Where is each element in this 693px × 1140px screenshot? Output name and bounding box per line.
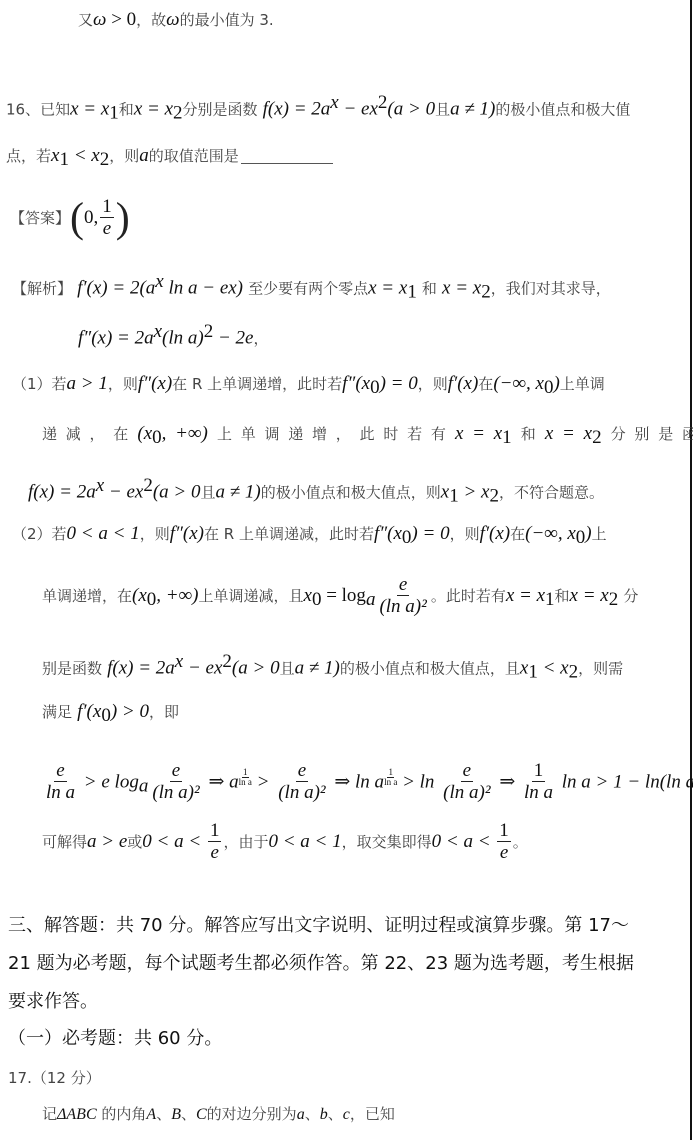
math: 0, bbox=[84, 207, 98, 228]
math-sup: x bbox=[155, 271, 163, 292]
text: 在 R 上单调递减，此时若 bbox=[204, 525, 374, 543]
text: 。 bbox=[513, 833, 528, 851]
math-function: f(x) = 2a bbox=[263, 98, 331, 119]
math: , +∞) bbox=[156, 585, 198, 606]
fraction: e(ln a)² bbox=[377, 575, 428, 618]
q16-conclusion: 可解得a > e或0 < a < 1e，由于0 < a < 1，取交集即得0 <… bbox=[42, 818, 528, 866]
math: 0 < a < 1 bbox=[67, 523, 140, 544]
fraction-denominator: e bbox=[101, 218, 113, 240]
math: ΔABC bbox=[57, 1106, 97, 1123]
text: 和 bbox=[521, 425, 536, 443]
math-sub: 2 bbox=[609, 589, 619, 610]
math: x bbox=[441, 481, 449, 502]
math: f″(x) bbox=[138, 373, 172, 394]
question-number: 16、 bbox=[6, 100, 40, 118]
math: f′(x) bbox=[480, 523, 511, 544]
text: 点，若 bbox=[6, 147, 51, 165]
math-sub: 0 bbox=[101, 705, 111, 726]
math: f″(x) bbox=[170, 523, 204, 544]
text: 在 bbox=[510, 525, 525, 543]
fraction: e(ln a)² bbox=[276, 761, 327, 804]
math-sub: 1 bbox=[502, 427, 512, 448]
math-sub: a bbox=[366, 589, 376, 610]
math: ) > 0 bbox=[111, 701, 149, 722]
math-omega: ω bbox=[166, 9, 179, 30]
math: ⇒ ln a bbox=[330, 771, 384, 792]
text: （1）若 bbox=[12, 375, 67, 393]
case2-line2: 单调递增，在(x0, +∞)上单调递减，且x0 = logae(ln a)²。此… bbox=[42, 574, 638, 622]
math: f(x) = 2a bbox=[28, 481, 96, 502]
fraction-numerator: 1 bbox=[100, 197, 114, 218]
paren-close: ) bbox=[116, 196, 130, 242]
prev-conclusion: 又ω > 0，故ω的最小值为 3. bbox=[78, 10, 274, 30]
text: ，则 bbox=[450, 525, 480, 543]
math: ln a − ex) bbox=[164, 277, 243, 298]
answer-label: 【答案】 bbox=[10, 209, 70, 227]
fraction: eln a bbox=[44, 761, 77, 804]
math: f′(x) = 2(a bbox=[77, 277, 155, 298]
math-sub: 1 bbox=[545, 589, 555, 610]
fraction: 1e bbox=[208, 821, 222, 864]
math: f(x) = 2a bbox=[107, 657, 175, 678]
math: 0 < a < bbox=[432, 831, 496, 852]
text: 。此时若有 bbox=[431, 587, 506, 605]
fraction-denominator: e bbox=[208, 842, 220, 864]
math: x = x bbox=[506, 585, 545, 606]
text: 上单调 bbox=[560, 375, 605, 393]
math: a > e bbox=[87, 831, 127, 852]
math-sub: 0 bbox=[152, 427, 162, 448]
math: A bbox=[146, 1106, 156, 1123]
math: ) = 0 bbox=[411, 523, 449, 544]
text: ，则 bbox=[418, 375, 448, 393]
derivation-chain: eln a > e logae(ln a)² ⇒ a1ln a > e(ln a… bbox=[42, 752, 693, 811]
fraction-numerator: e bbox=[461, 761, 473, 782]
math-sub: 2 bbox=[592, 427, 602, 448]
text: 和 bbox=[119, 100, 134, 118]
math: (ln a) bbox=[162, 327, 204, 348]
math-sub: 0 bbox=[576, 527, 586, 548]
math: x = x bbox=[570, 585, 609, 606]
case2-line1: （2）若0 < a < 1，则f″(x)在 R 上单调递减，此时若f″(x0) … bbox=[12, 524, 607, 548]
text: 递 减 ， 在 bbox=[42, 425, 128, 443]
text: ，已知 bbox=[350, 1105, 395, 1123]
math-sup: x bbox=[154, 321, 162, 342]
text: 记 bbox=[42, 1105, 57, 1123]
text: 分 bbox=[623, 587, 638, 605]
case2-line4: 满足 f′(x0) > 0，即 bbox=[42, 702, 179, 726]
text: 的对边分别为 bbox=[207, 1105, 297, 1123]
text: ，则 bbox=[109, 147, 139, 165]
math-sub: 1 bbox=[109, 103, 119, 124]
math-omega: ω bbox=[93, 9, 106, 30]
math: 0 < a < 1 bbox=[268, 831, 341, 852]
q17-stem: 记ΔABC 的内角A、B、C的对边分别为a、b、c，已知 bbox=[42, 1104, 395, 1125]
math: x = x bbox=[442, 277, 481, 298]
math: (a > 0 bbox=[153, 481, 201, 502]
exponent-denominator: ln a bbox=[239, 778, 252, 787]
q16-analysis-line2: f″(x) = 2ax(ln a)2 − 2e， bbox=[78, 322, 269, 348]
math-sup: x bbox=[96, 475, 104, 496]
math: a ≠ 1) bbox=[215, 481, 260, 502]
math: > x bbox=[459, 481, 490, 502]
math-sub: 2 bbox=[100, 149, 110, 170]
math-sup: 2 bbox=[378, 92, 388, 113]
text: 、 bbox=[305, 1105, 320, 1123]
math-sup: x bbox=[330, 92, 338, 113]
text: 上 bbox=[592, 525, 607, 543]
math: x bbox=[304, 585, 312, 606]
math-sub: 0 bbox=[312, 589, 322, 610]
text: ，则 bbox=[140, 525, 170, 543]
math: f′(x) bbox=[448, 373, 479, 394]
section3-line2: 21 题为必考题，每个试题考生都必须作答。第 22、23 题为选考题，考生根据 bbox=[8, 952, 634, 976]
text: 的极小值点和极大值点，且 bbox=[340, 659, 520, 677]
math: x = x bbox=[70, 98, 109, 119]
math: > 0 bbox=[106, 9, 136, 30]
fraction-denominator: (ln a)² bbox=[276, 782, 327, 804]
math-sup: x bbox=[175, 651, 183, 672]
exponent-denominator: ln a bbox=[384, 778, 397, 787]
text: ，即 bbox=[149, 703, 179, 721]
math-sub: 1 bbox=[528, 662, 538, 683]
math-sub: 2 bbox=[481, 282, 491, 303]
fraction-numerator: e bbox=[397, 575, 409, 596]
paren-open: ( bbox=[70, 196, 84, 242]
text: ，不符合题意。 bbox=[499, 483, 604, 501]
text: 已知 bbox=[40, 100, 70, 118]
math: > bbox=[252, 771, 274, 792]
text: 、 bbox=[156, 1105, 171, 1123]
case2-line3: 别是函数 f(x) = 2ax − ex2(a > 0且a ≠ 1)的极小值点和… bbox=[42, 652, 623, 683]
q17-header: 17.（12 分） bbox=[8, 1068, 101, 1088]
q16-analysis-line1: 【解析】 f′(x) = 2(ax ln a − ex) 至少要有两个零点x =… bbox=[12, 272, 611, 303]
analysis-label: 【解析】 bbox=[12, 279, 72, 297]
math: (a > 0 bbox=[232, 657, 280, 678]
math: a bbox=[297, 1106, 305, 1123]
math: > ln bbox=[397, 771, 439, 792]
text: ，我们对其求导， bbox=[491, 279, 611, 297]
text: 上单调递减，且 bbox=[198, 587, 303, 605]
math: f″(x bbox=[342, 373, 370, 394]
exponent-fraction: 1ln a bbox=[239, 768, 252, 787]
math: x = x bbox=[545, 423, 592, 444]
text: 且 bbox=[280, 659, 295, 677]
math: < x bbox=[69, 145, 100, 166]
math: x = x bbox=[455, 423, 502, 444]
math: − ex bbox=[339, 98, 378, 119]
fraction: 1ln a bbox=[522, 761, 555, 804]
text: 的极小值点和极大值点，则 bbox=[261, 483, 441, 501]
math-sup: 2 bbox=[204, 321, 214, 342]
math: a > 1 bbox=[67, 373, 108, 394]
math: < x bbox=[538, 657, 569, 678]
text: 至少要有两个零点 bbox=[248, 279, 368, 297]
exponent-fraction: 1ln a bbox=[384, 768, 397, 787]
text: ，则需 bbox=[578, 659, 623, 677]
q16-stem-line2: 点，若x1 < x2，则a的取值范围是 bbox=[6, 146, 333, 170]
text: 和 bbox=[555, 587, 570, 605]
math: (x bbox=[137, 423, 152, 444]
case1-line3: f(x) = 2ax − ex2(a > 0且a ≠ 1)的极小值点和极大值点，… bbox=[28, 476, 604, 507]
text: 的内角 bbox=[97, 1105, 147, 1123]
math: > e log bbox=[79, 771, 139, 792]
fraction-denominator: e bbox=[498, 842, 510, 864]
math: a bbox=[139, 145, 149, 166]
math: C bbox=[196, 1106, 207, 1123]
section3-line1: 三、解答题：共 70 分。解答应写出文字说明、证明过程或演算步骤。第 17～ bbox=[8, 914, 629, 938]
fraction: 1e bbox=[497, 821, 511, 864]
math: − ex bbox=[183, 657, 222, 678]
text: 分别是函数 bbox=[183, 100, 258, 118]
text: 可解得 bbox=[42, 833, 87, 851]
math-sub: 0 bbox=[402, 527, 412, 548]
math-sub: 0 bbox=[370, 377, 380, 398]
answer-blank bbox=[241, 163, 333, 164]
math: − 2e bbox=[213, 327, 253, 348]
math: (−∞, x bbox=[493, 373, 544, 394]
text: ，取交集即得 bbox=[342, 833, 432, 851]
text: 且 bbox=[200, 483, 215, 501]
math: f″(x) = 2a bbox=[78, 327, 154, 348]
fraction: e(ln a)² bbox=[441, 761, 492, 804]
math: x = x bbox=[368, 277, 407, 298]
fraction-denominator: ln a bbox=[44, 782, 77, 804]
math: ) = 0 bbox=[380, 373, 418, 394]
q16-answer: 【答案】(0,1e) bbox=[10, 194, 130, 243]
text: ， bbox=[254, 329, 269, 347]
page-edge-line bbox=[690, 0, 692, 1140]
section3-line3: 要求作答。 bbox=[8, 990, 98, 1014]
text: 的最小值为 3. bbox=[180, 11, 274, 29]
math: (a > 0 bbox=[387, 98, 435, 119]
fraction-numerator: 1 bbox=[497, 821, 511, 842]
fraction: e(ln a)² bbox=[150, 761, 201, 804]
math-sub: 1 bbox=[407, 282, 417, 303]
text: 又 bbox=[78, 11, 93, 29]
fraction-numerator: e bbox=[54, 761, 66, 782]
case1-line1: （1）若a > 1，则f″(x)在 R 上单调递增，此时若f″(x0) = 0，… bbox=[12, 374, 605, 398]
text: 和 bbox=[422, 279, 437, 297]
math: a ≠ 1) bbox=[450, 98, 495, 119]
text: 单调递增，在 bbox=[42, 587, 132, 605]
math: − ex bbox=[104, 481, 143, 502]
fraction-numerator: e bbox=[296, 761, 308, 782]
math: a ≠ 1) bbox=[295, 657, 340, 678]
math: f″(x bbox=[374, 523, 402, 544]
math-sup: 2 bbox=[143, 475, 153, 496]
math: = log bbox=[321, 585, 366, 606]
math-sub: 2 bbox=[489, 486, 499, 507]
text: ，故 bbox=[136, 11, 166, 29]
text: 上 单 调 递 增 ， 此 时 若 有 bbox=[217, 425, 446, 443]
section3-subheading: （一）必考题：共 60 分。 bbox=[8, 1027, 222, 1051]
text: 、 bbox=[181, 1105, 196, 1123]
text: ，由于 bbox=[223, 833, 268, 851]
fraction-numerator: 1 bbox=[208, 821, 222, 842]
math-sup: 2 bbox=[222, 651, 232, 672]
q16-stem-line1: 16、已知x = x1和x = x2分别是函数 f(x) = 2ax − ex2… bbox=[6, 93, 630, 124]
text: 分 别 是 函 数 bbox=[611, 425, 693, 443]
math: x = x bbox=[134, 98, 173, 119]
fraction-denominator: (ln a)² bbox=[377, 596, 428, 618]
math: 0 < a < bbox=[142, 831, 206, 852]
fraction-numerator: 1 bbox=[532, 761, 546, 782]
math-sub: 0 bbox=[147, 589, 157, 610]
text: 且 bbox=[435, 100, 450, 118]
text: ，则 bbox=[108, 375, 138, 393]
fraction-denominator: (ln a)² bbox=[441, 782, 492, 804]
math: b bbox=[320, 1106, 328, 1123]
text: 在 R 上单调递增，此时若 bbox=[172, 375, 342, 393]
text: （2）若 bbox=[12, 525, 67, 543]
math: f′(x bbox=[77, 701, 101, 722]
fraction: 1e bbox=[100, 197, 114, 240]
fraction-denominator: (ln a)² bbox=[150, 782, 201, 804]
math: ⇒ a bbox=[204, 771, 239, 792]
text: 别是函数 bbox=[42, 659, 102, 677]
fraction-denominator: ln a bbox=[522, 782, 555, 804]
text: 在 bbox=[478, 375, 493, 393]
math: ⇒ bbox=[495, 771, 520, 792]
text: 或 bbox=[127, 833, 142, 851]
text: 的取值范围是 bbox=[149, 147, 239, 165]
math: c bbox=[343, 1106, 350, 1123]
fraction-numerator: e bbox=[170, 761, 182, 782]
math: B bbox=[171, 1106, 181, 1123]
math-sub: 1 bbox=[59, 149, 69, 170]
math-sub: 2 bbox=[173, 103, 183, 124]
case1-line2: 递 减 ， 在 (x0, +∞) 上 单 调 递 增 ， 此 时 若 有 x =… bbox=[42, 424, 693, 448]
math: ln a > 1 − ln(ln a) bbox=[557, 771, 693, 792]
math-sub: 2 bbox=[569, 662, 579, 683]
text: 、 bbox=[328, 1105, 343, 1123]
math: (−∞, x bbox=[525, 523, 576, 544]
math-sub: 1 bbox=[449, 486, 459, 507]
math: , +∞) bbox=[162, 423, 208, 444]
text: 的极小值点和极大值 bbox=[495, 100, 630, 118]
math-sub: a bbox=[139, 776, 149, 797]
math: (x bbox=[132, 585, 147, 606]
text: 满足 bbox=[42, 703, 72, 721]
